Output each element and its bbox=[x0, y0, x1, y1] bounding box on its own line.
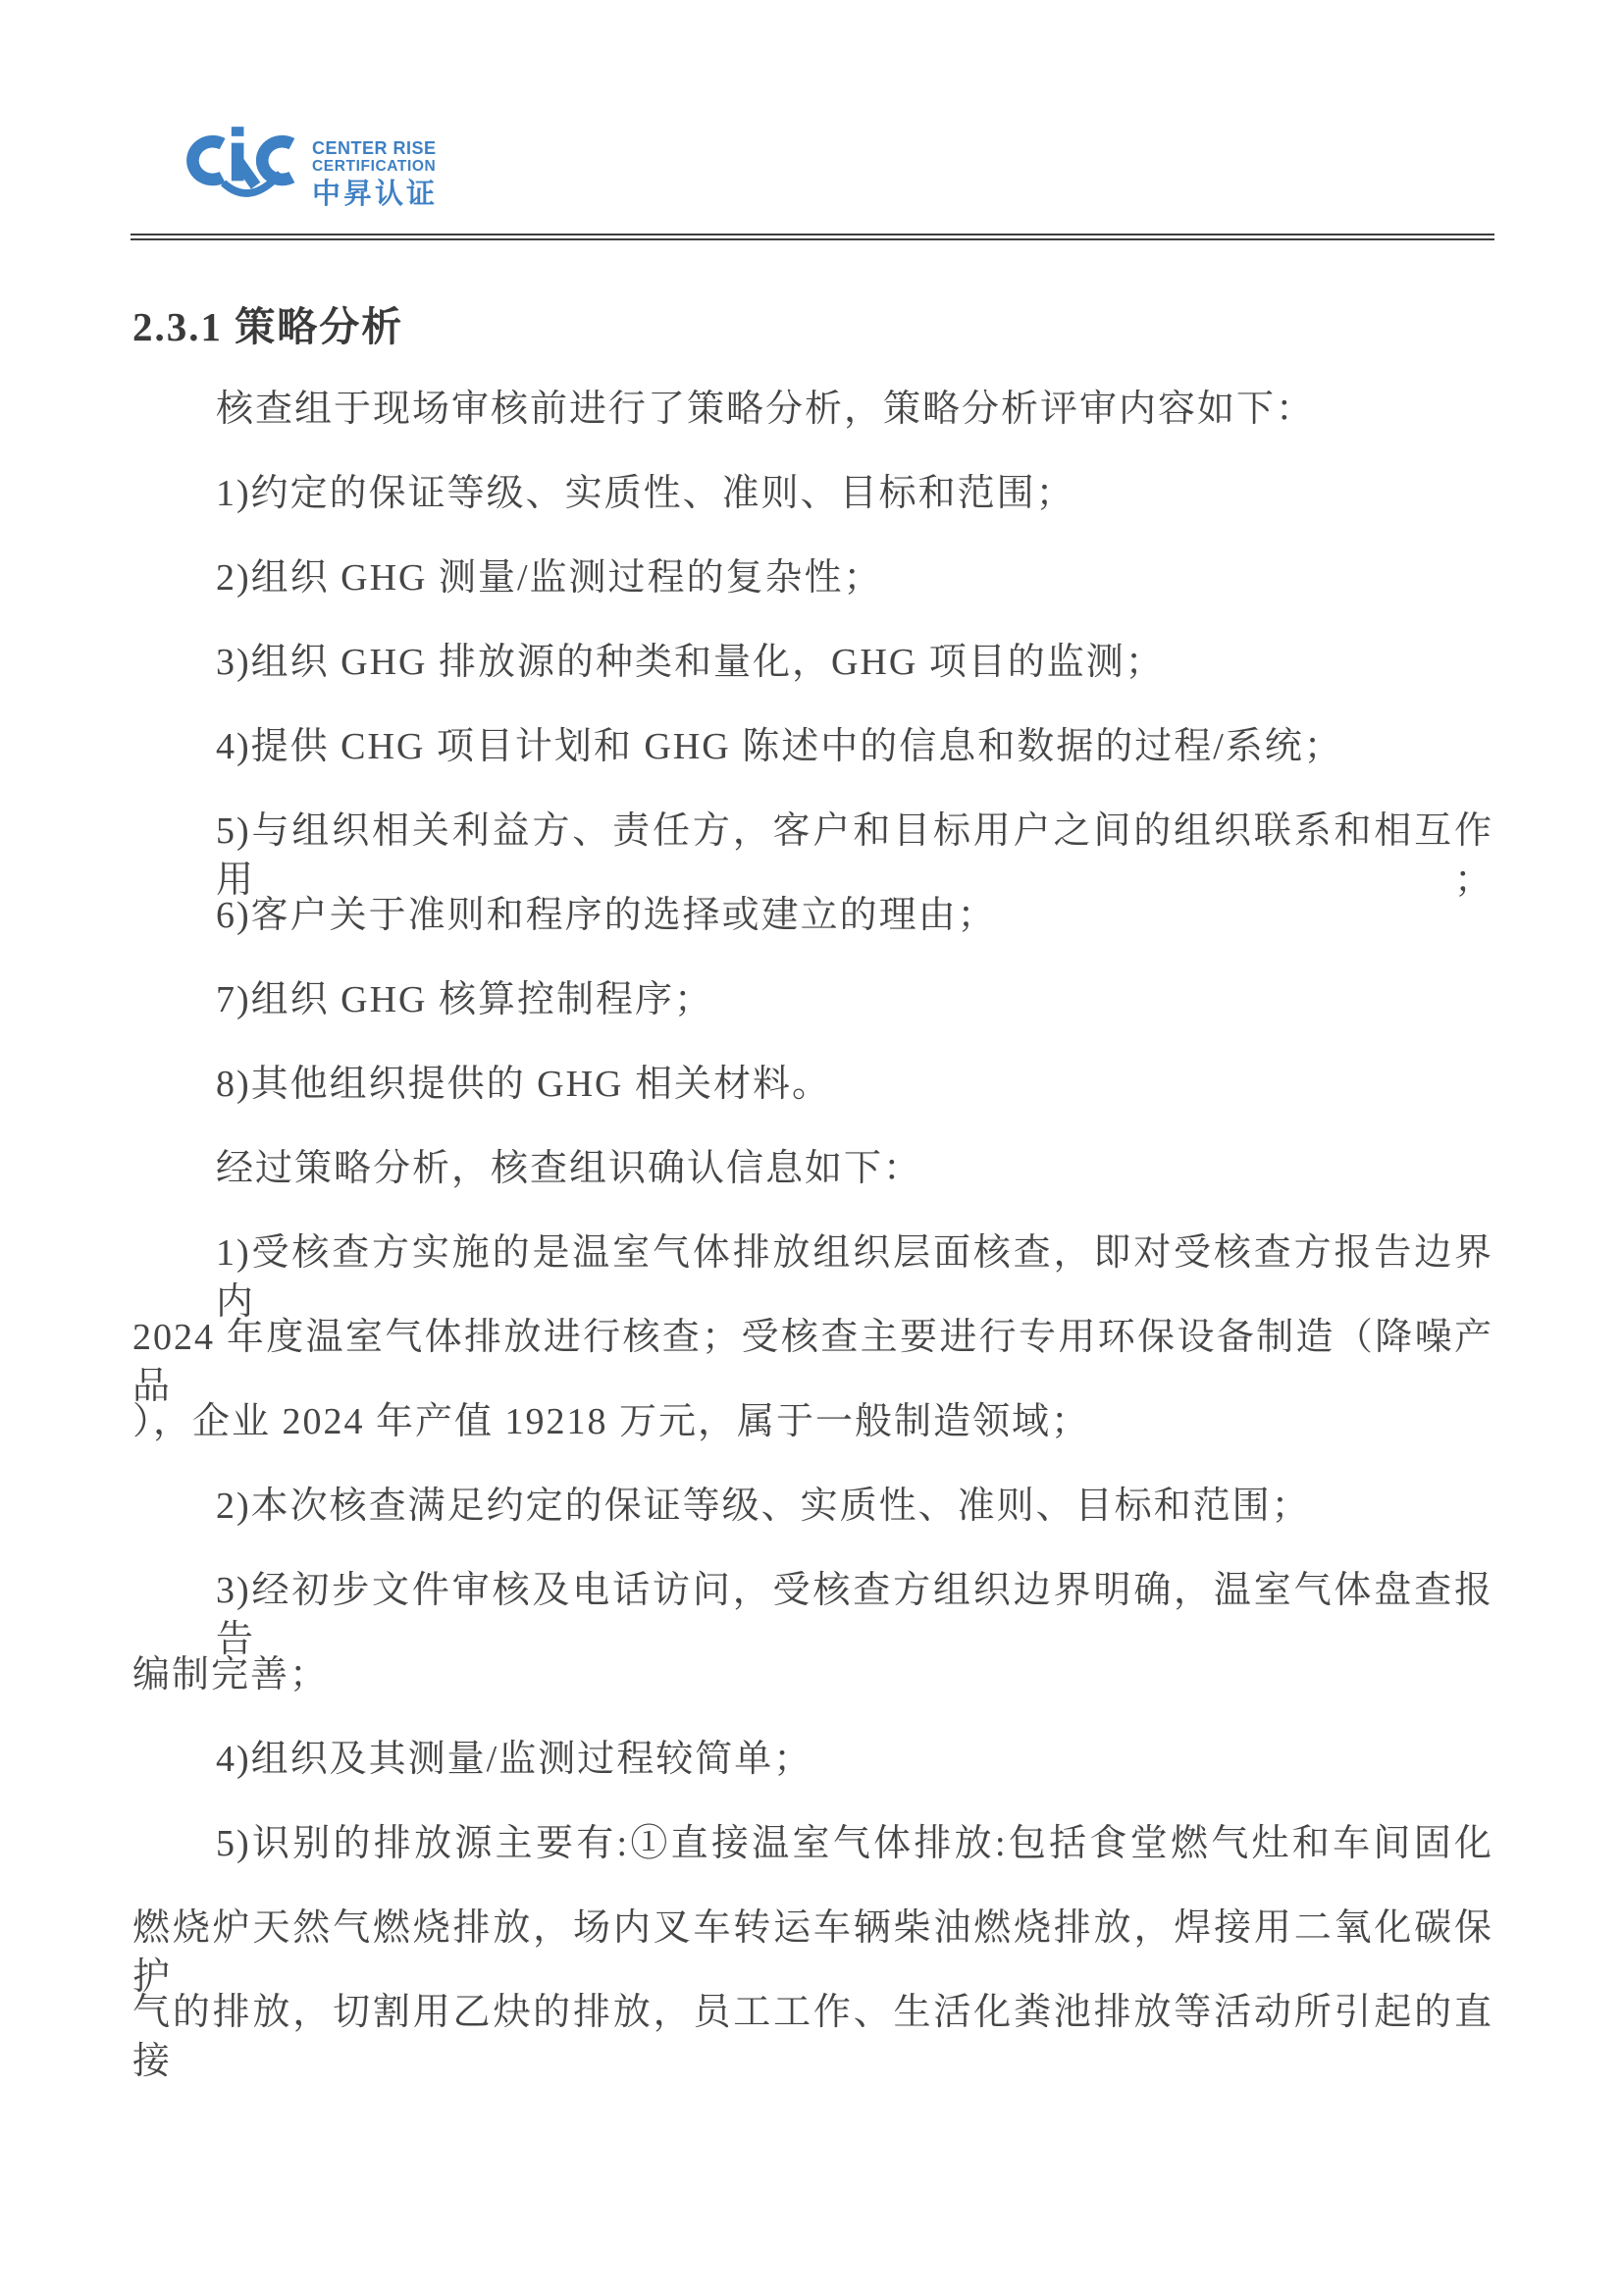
paragraph-line: 燃烧炉天然气燃烧排放，场内叉车转运车辆柴油燃烧排放，焊接用二氧化碳保护 bbox=[132, 1904, 1493, 1988]
paragraph-line: 2)本次核查满足约定的保证等级、实质性、准则、目标和范围； bbox=[132, 1482, 1493, 1566]
paragraph-line: 5)与组织相关利益方、责任方，客户和目标用户之间的组织联系和相互作用； bbox=[132, 807, 1493, 891]
paragraph-line: 4)组织及其测量/监测过程较简单； bbox=[132, 1735, 1493, 1819]
paragraph-line: 5)识别的排放源主要有:①直接温室气体排放:包括食堂燃气灶和车间固化 bbox=[132, 1819, 1493, 1904]
logo-text-block: CENTER RISE CERTIFICATION 中昇认证 bbox=[312, 122, 438, 211]
paragraph-line: 8)其他组织提供的 GHG 相关材料。 bbox=[132, 1060, 1493, 1144]
paragraph-line: 经过策略分析，核查组识确认信息如下： bbox=[132, 1144, 1493, 1228]
logo-name-chinese: 中昇认证 bbox=[312, 178, 438, 211]
header-divider bbox=[131, 234, 1494, 240]
paragraph-line: 4)提供 CHG 项目计划和 GHG 陈述中的信息和数据的过程/系统； bbox=[132, 722, 1493, 807]
crc-logo: CENTER RISE CERTIFICATION 中昇认证 bbox=[180, 122, 438, 211]
section-heading: 2.3.1 策略分析 bbox=[132, 294, 403, 352]
logo-name-line1: CENTER RISE bbox=[312, 139, 438, 158]
paragraph-line: 3)经初步文件审核及电话访问，受核查方组织边界明确，温室气体盘查报告 bbox=[132, 1566, 1493, 1650]
paragraph-line: 气的排放，切割用乙炔的排放，员工工作、生活化粪池排放等活动所引起的直接 bbox=[132, 1988, 1493, 2072]
paragraph-line: 7)组织 GHG 核算控制程序； bbox=[132, 975, 1493, 1060]
section-body: 核查组于现场审核前进行了策略分析，策略分析评审内容如下： 1)约定的保证等级、实… bbox=[132, 385, 1493, 2072]
crc-logo-mark-icon bbox=[180, 122, 305, 204]
paragraph-line: 2)组织 GHG 测量/监测过程的复杂性； bbox=[132, 553, 1493, 638]
paragraph-line: 1)约定的保证等级、实质性、准则、目标和范围； bbox=[132, 469, 1493, 553]
document-page: CENTER RISE CERTIFICATION 中昇认证 2.3.1 策略分… bbox=[0, 0, 1623, 2296]
paragraph-line: 1)受核查方实施的是温室气体排放组织层面核查，即对受核查方报告边界内 bbox=[132, 1228, 1493, 1313]
paragraph-line: 2024 年度温室气体排放进行核查；受核查主要进行专用环保设备制造（降噪产品 bbox=[132, 1313, 1493, 1397]
paragraph-line: 核查组于现场审核前进行了策略分析，策略分析评审内容如下： bbox=[132, 385, 1493, 469]
logo-name-line2: CERTIFICATION bbox=[312, 158, 438, 175]
paragraph-line: 3)组织 GHG 排放源的种类和量化，GHG 项目的监测； bbox=[132, 638, 1493, 722]
paragraph-line: ），企业 2024 年产值 19218 万元，属于一般制造领域； bbox=[132, 1397, 1493, 1482]
paragraph-line: 编制完善； bbox=[132, 1650, 1493, 1735]
